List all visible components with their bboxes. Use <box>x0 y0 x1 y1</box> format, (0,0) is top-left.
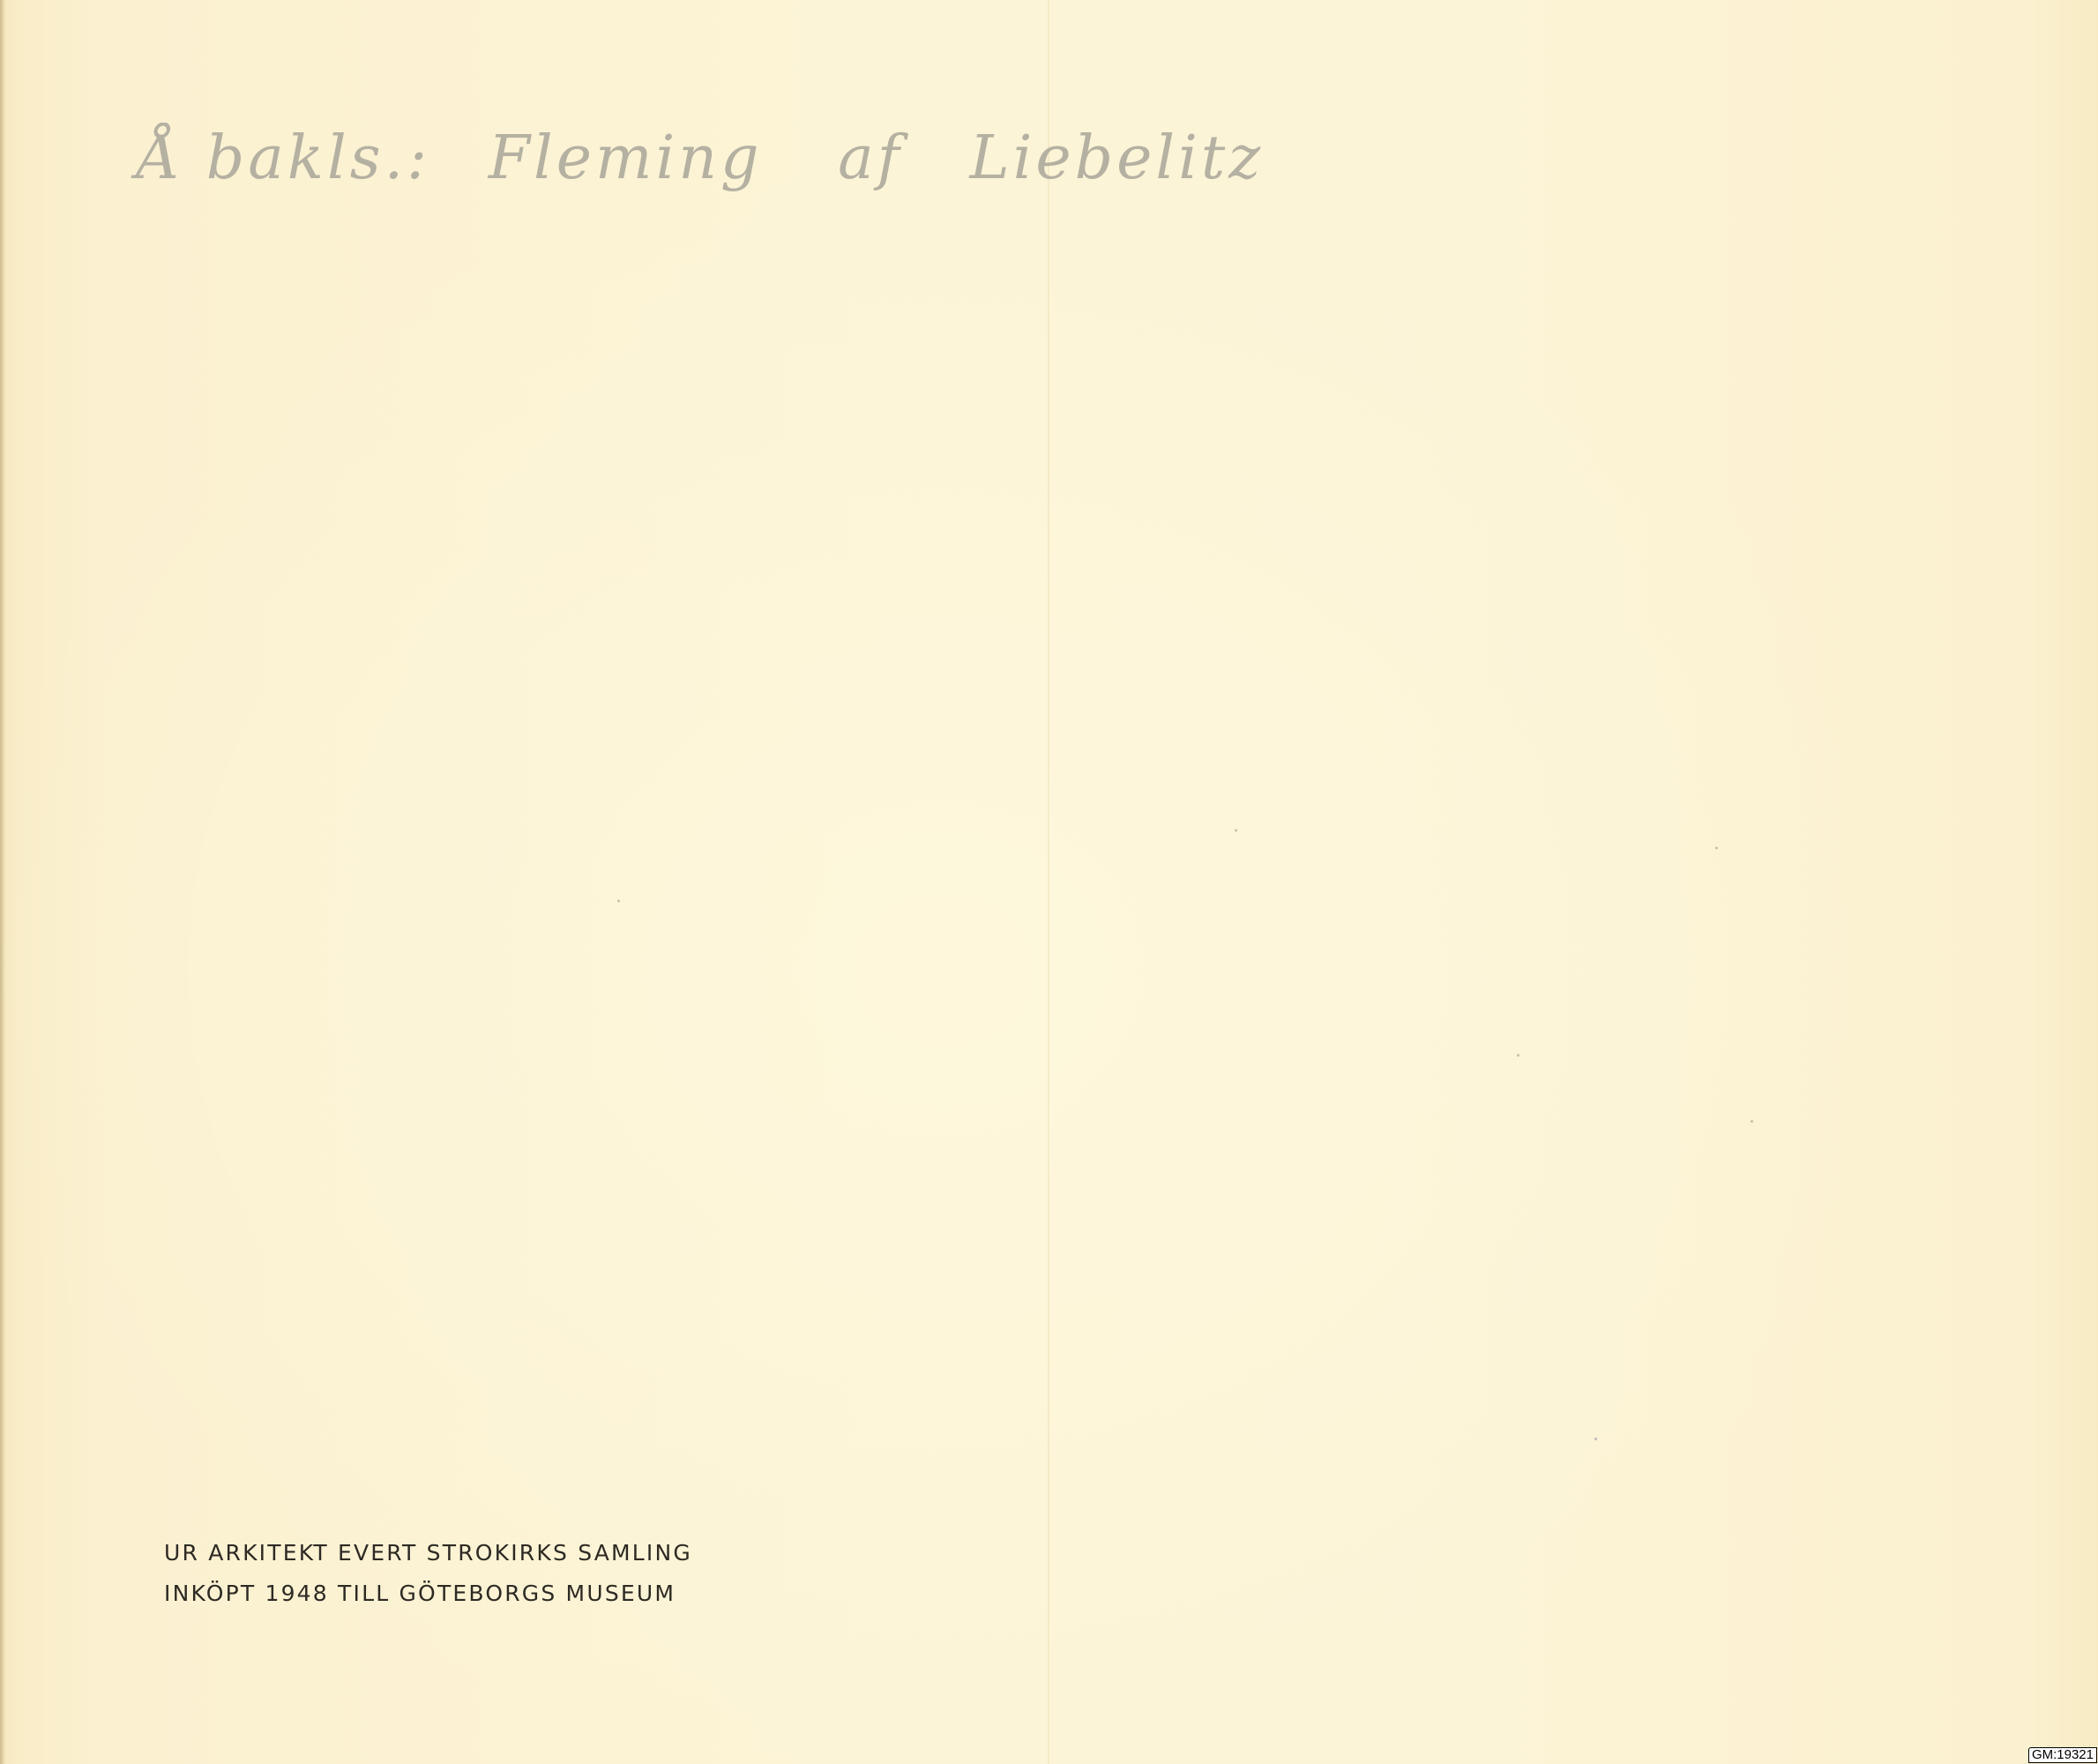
paper-speck <box>1594 1438 1597 1440</box>
stamp-line: INKÖPT 1948 TILL GÖTEBORGS MUSEUM <box>164 1573 692 1614</box>
provenance-stamp: UR ARKITEKT EVERT STROKIRKS SAMLING INKÖ… <box>164 1533 692 1614</box>
document-card: Å bakls.: Fleming af Liebelitz UR ARKITE… <box>0 0 2098 1764</box>
handwritten-note-part: Fleming <box>489 123 763 193</box>
paper-speck <box>1235 829 1237 832</box>
handwritten-note: Å bakls.: Fleming af Liebelitz <box>137 123 1248 256</box>
paper-speck <box>1517 1054 1519 1057</box>
paper-speck <box>617 900 620 902</box>
paper-fold-line <box>1048 0 1049 1764</box>
handwritten-note-part: af <box>838 123 903 193</box>
stamp-line: UR ARKITEKT EVERT STROKIRKS SAMLING <box>164 1533 692 1573</box>
handwritten-note-part: Å bakls.: <box>137 123 430 193</box>
paper-speck <box>1715 847 1718 849</box>
catalog-number-label: GM:19321 <box>2028 1747 2097 1763</box>
paper-speck <box>1751 1120 1753 1123</box>
handwritten-note-part: Liebelitz <box>970 123 1265 193</box>
card-edge-shadow <box>0 0 5 1764</box>
